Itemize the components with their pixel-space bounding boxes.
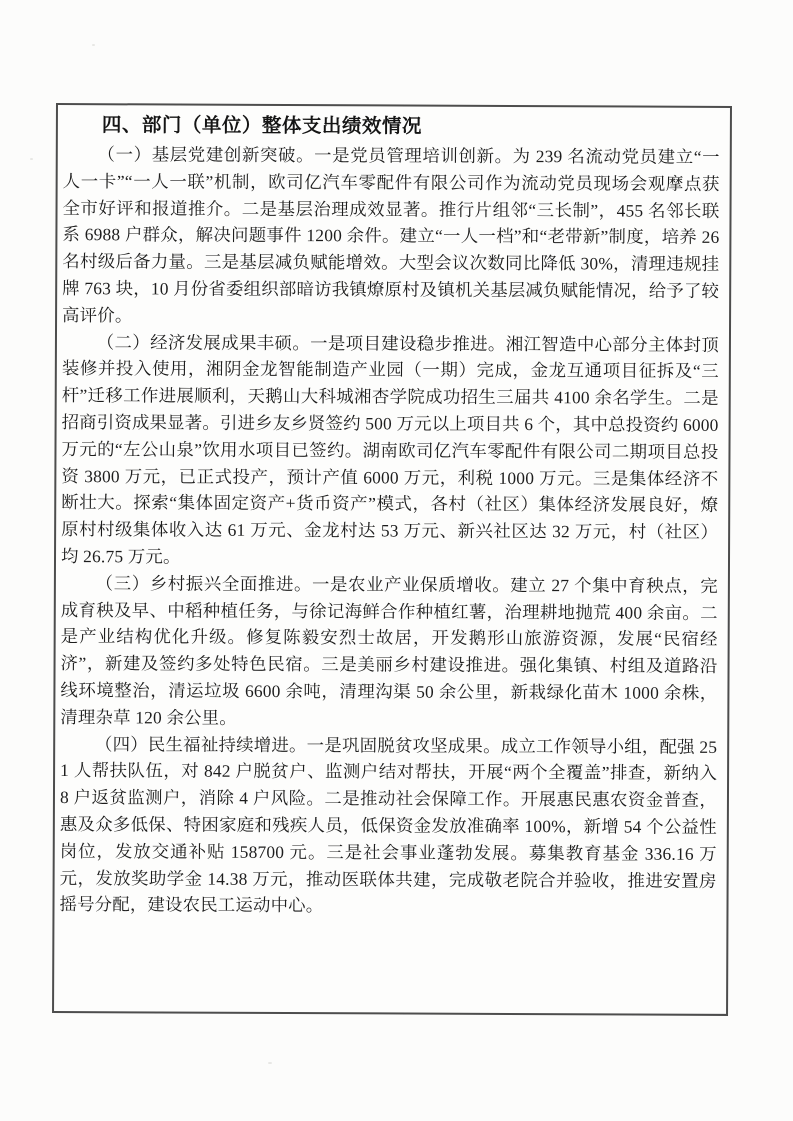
section-title: 四、部门（单位）整体支出绩效情况 xyxy=(63,111,720,142)
scan-speckle xyxy=(268,1062,272,1064)
document-body: 四、部门（单位）整体支出绩效情况 （一）基层党建创新突破。一是党员管理培训创新。… xyxy=(54,105,730,921)
paragraph-livelihood-welfare: （四）民生福祉持续增进。一是巩固脱贫攻坚成果。成立工作领导小组，配强 251 人… xyxy=(59,731,717,921)
paragraph-grassroots-party-building: （一）基层党建创新突破。一是党员管理培训创新。为 239 名流动党员建立“一人一… xyxy=(62,141,720,331)
scan-speckle xyxy=(30,158,33,160)
scan-speckle xyxy=(92,44,95,46)
content-border-box: 四、部门（单位）整体支出绩效情况 （一）基层党建创新突破。一是党员管理培训创新。… xyxy=(52,103,732,1016)
scanned-document-page: 四、部门（单位）整体支出绩效情况 （一）基层党建创新突破。一是党员管理培训创新。… xyxy=(0,0,793,1121)
paragraph-rural-revitalization: （三）乡村振兴全面推进。一是农业产业保质增收。建立 27 个集中育秧点，完成育秧… xyxy=(60,570,718,734)
paragraph-economic-development: （二）经济发展成果丰硕。一是项目建设稳步推进。湘江智造中心部分主体封顶装修并投入… xyxy=(61,329,719,573)
